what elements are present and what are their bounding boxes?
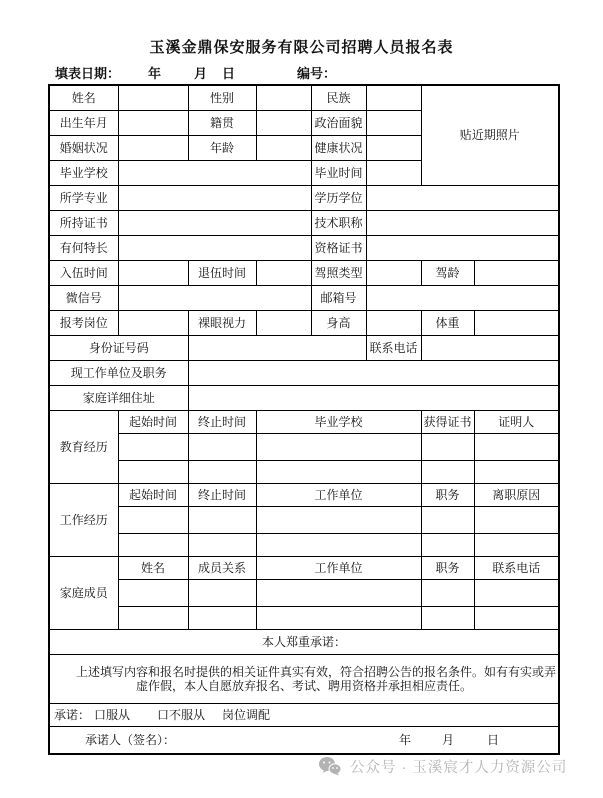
education-row-cell[interactable] xyxy=(474,461,559,484)
sign-month-label: 月 xyxy=(442,733,454,747)
work-header-employer: 工作单位 xyxy=(256,484,421,507)
commitment-body: 上述填写内容和报名时提供的相关证件真实有效，符合招聘公告的报名条件。如有有实或弄… xyxy=(49,655,559,704)
education-section-label: 教育经历 xyxy=(49,411,118,484)
degree-input[interactable] xyxy=(366,186,559,211)
education-row-cell[interactable] xyxy=(474,434,559,461)
education-row-cell[interactable] xyxy=(188,461,256,484)
marital-status-input[interactable] xyxy=(118,136,188,161)
education-header-school: 毕业学校 xyxy=(256,411,421,434)
ethnicity-label: 民族 xyxy=(311,85,366,111)
naked-vision-input[interactable] xyxy=(256,311,311,336)
obey-checkbox-option[interactable]: 口服从 xyxy=(94,708,130,722)
date-line: 填表日期： 年 月 日 编号： xyxy=(0,63,603,81)
education-row-cell[interactable] xyxy=(118,434,188,461)
graduate-time-input[interactable] xyxy=(366,161,421,186)
health-status-input[interactable] xyxy=(366,136,421,161)
enlist-time-input[interactable] xyxy=(118,261,188,286)
qualification-cert-input[interactable] xyxy=(366,236,559,261)
work-header-end: 终止时间 xyxy=(188,484,256,507)
current-employer-label: 现工作单位及职务 xyxy=(49,361,188,386)
native-place-input[interactable] xyxy=(256,111,311,136)
education-row-cell[interactable] xyxy=(256,434,421,461)
education-row-cell[interactable] xyxy=(188,434,256,461)
technical-title-input[interactable] xyxy=(366,211,559,236)
page-title: 玉溪金鼎保安服务有限公司招聘人员报名表 xyxy=(0,36,603,57)
commitment-body-text: 上述填写内容和报名时提供的相关证件真实有效，符合招聘公告的报名条件。如有有实或弄… xyxy=(50,665,558,694)
education-header-start: 起始时间 xyxy=(118,411,188,434)
age-input[interactable] xyxy=(256,136,311,161)
home-address-input[interactable] xyxy=(188,386,559,411)
work-row-cell[interactable] xyxy=(188,534,256,557)
license-type-label: 驾照类型 xyxy=(311,261,366,286)
certificates-held-label: 所持证书 xyxy=(49,211,118,236)
sign-day-label: 日 xyxy=(487,733,499,747)
graduate-school-label: 毕业学校 xyxy=(49,161,118,186)
birth-date-input[interactable] xyxy=(118,111,188,136)
graduate-time-label: 毕业时间 xyxy=(311,161,366,186)
work-header-leave-reason: 离职原因 xyxy=(474,484,559,507)
political-status-input[interactable] xyxy=(366,111,421,136)
wechat-input[interactable] xyxy=(118,286,311,311)
enlist-time-label: 入伍时间 xyxy=(49,261,118,286)
graduate-school-input[interactable] xyxy=(118,161,311,186)
family-row-cell[interactable] xyxy=(188,580,256,607)
wechat-label: 微信号 xyxy=(49,286,118,311)
family-row-cell[interactable] xyxy=(256,607,421,630)
work-row-cell[interactable] xyxy=(474,534,559,557)
degree-label: 学历学位 xyxy=(311,186,366,211)
license-type-input[interactable] xyxy=(366,261,421,286)
education-row-cell[interactable] xyxy=(421,461,474,484)
driving-years-label: 驾龄 xyxy=(421,261,474,286)
not-obey-checkbox-option[interactable]: 口不服从 xyxy=(157,708,205,722)
naked-vision-label: 裸眼视力 xyxy=(188,311,256,336)
work-row-cell[interactable] xyxy=(474,507,559,534)
birth-date-label: 出生年月 xyxy=(49,111,118,136)
education-header-cert: 获得证书 xyxy=(421,411,474,434)
education-row-cell[interactable] xyxy=(118,461,188,484)
family-row-cell[interactable] xyxy=(421,580,474,607)
date-year-label: 年 xyxy=(148,63,161,82)
work-row-cell[interactable] xyxy=(421,534,474,557)
commitment-options-row: 承诺： 口服从 口不服从 岗位调配 xyxy=(49,704,559,727)
email-input[interactable] xyxy=(366,286,559,311)
major-input[interactable] xyxy=(118,186,311,211)
work-row-cell[interactable] xyxy=(421,507,474,534)
specialty-input[interactable] xyxy=(118,236,311,261)
apply-position-input[interactable] xyxy=(118,311,188,336)
family-header-relation: 成员关系 xyxy=(188,557,256,580)
work-row-cell[interactable] xyxy=(118,534,188,557)
work-row-cell[interactable] xyxy=(118,507,188,534)
apply-position-label: 报考岗位 xyxy=(49,311,118,336)
wechat-icon xyxy=(318,756,342,776)
date-month-label: 月 xyxy=(194,63,207,82)
family-section-label: 家庭成员 xyxy=(49,557,118,630)
footer: 公众号 · 玉溪宸才人力资源公司 xyxy=(318,754,567,778)
family-header-position: 职务 xyxy=(421,557,474,580)
education-row-cell[interactable] xyxy=(256,461,421,484)
weight-input[interactable] xyxy=(474,311,559,336)
work-row-cell[interactable] xyxy=(256,534,421,557)
photo-box[interactable]: 贴近期照片 xyxy=(421,85,559,186)
technical-title-label: 技术职称 xyxy=(311,211,366,236)
discharge-time-input[interactable] xyxy=(256,261,311,286)
home-address-label: 家庭详细住址 xyxy=(49,386,188,411)
work-section-label: 工作经历 xyxy=(49,484,118,557)
id-number-input[interactable] xyxy=(188,336,366,361)
family-header-employer: 工作单位 xyxy=(256,557,421,580)
signer-label: 承诺人（签名）： xyxy=(85,733,175,747)
family-header-phone: 联系电话 xyxy=(474,557,559,580)
date-day-label: 日 xyxy=(222,63,235,82)
id-number-label: 身份证号码 xyxy=(49,336,188,361)
name-input[interactable] xyxy=(118,85,188,111)
health-status-label: 健康状况 xyxy=(311,136,366,161)
family-row-cell[interactable] xyxy=(256,580,421,607)
commitment-options-suffix: 岗位调配 xyxy=(222,708,270,722)
family-row-cell[interactable] xyxy=(118,580,188,607)
education-header-witness: 证明人 xyxy=(474,411,559,434)
specialty-label: 有何特长 xyxy=(49,236,118,261)
gender-input[interactable] xyxy=(256,85,311,111)
serial-number-label: 编号： xyxy=(297,63,336,82)
age-label: 年龄 xyxy=(188,136,256,161)
height-input[interactable] xyxy=(366,311,421,336)
work-header-position: 职务 xyxy=(421,484,474,507)
discharge-time-label: 退伍时间 xyxy=(188,261,256,286)
qualification-cert-label: 资格证书 xyxy=(311,236,366,261)
certificates-held-input[interactable] xyxy=(118,211,311,236)
work-header-start: 起始时间 xyxy=(118,484,188,507)
family-row-cell[interactable] xyxy=(118,607,188,630)
family-row-cell[interactable] xyxy=(421,607,474,630)
ethnicity-input[interactable] xyxy=(366,85,421,111)
signature-row[interactable]: 承诺人（签名）： 年 月 日 xyxy=(49,727,559,755)
education-row-cell[interactable] xyxy=(421,434,474,461)
gender-label: 性别 xyxy=(188,85,256,111)
family-row-cell[interactable] xyxy=(474,580,559,607)
email-label: 邮箱号 xyxy=(311,286,366,311)
commitment-title: 本人郑重承诺： xyxy=(49,630,559,655)
family-header-name: 姓名 xyxy=(118,557,188,580)
family-row-cell[interactable] xyxy=(474,607,559,630)
work-row-cell[interactable] xyxy=(188,507,256,534)
commitment-options-prefix: 承诺： xyxy=(54,708,90,722)
height-label: 身高 xyxy=(311,311,366,336)
work-row-cell[interactable] xyxy=(256,507,421,534)
family-row-cell[interactable] xyxy=(188,607,256,630)
native-place-label: 籍贯 xyxy=(188,111,256,136)
major-label: 所学专业 xyxy=(49,186,118,211)
weight-label: 体重 xyxy=(421,311,474,336)
application-form-table: 姓名 性别 民族 贴近期照片 出生年月 籍贯 政治面貌 婚姻状况 年龄 健康状况… xyxy=(48,84,560,755)
driving-years-input[interactable] xyxy=(474,261,559,286)
education-header-end: 终止时间 xyxy=(188,411,256,434)
footer-text: 公众号 · 玉溪宸才人力资源公司 xyxy=(350,756,567,777)
marital-status-label: 婚姻状况 xyxy=(49,136,118,161)
sign-year-label: 年 xyxy=(399,733,411,747)
phone-label: 联系电话 xyxy=(366,336,421,361)
political-status-label: 政治面貌 xyxy=(311,111,366,136)
phone-input[interactable] xyxy=(421,336,559,361)
fill-date-label: 填表日期： xyxy=(55,63,120,82)
name-label: 姓名 xyxy=(49,85,118,111)
current-employer-input[interactable] xyxy=(188,361,559,386)
